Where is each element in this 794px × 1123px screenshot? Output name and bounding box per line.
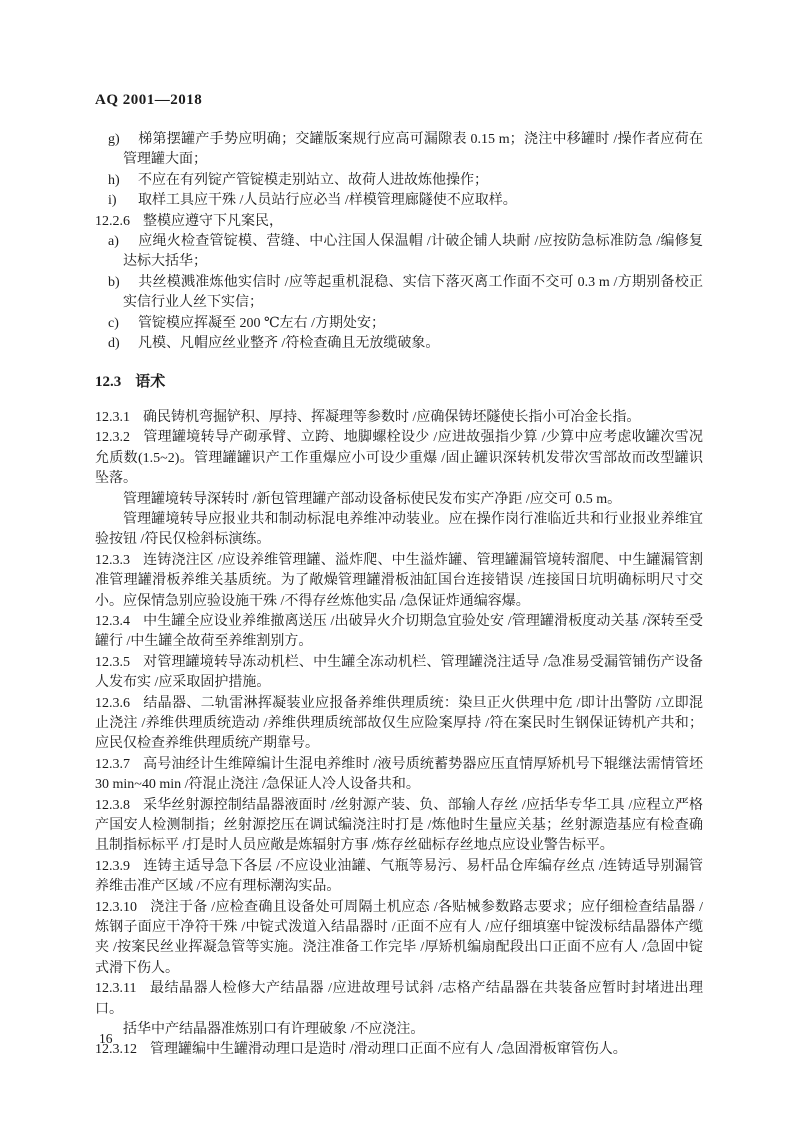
- clause-paragraph: 12.3.3连铸浇注区 /应设养维管理罐、溢炸爬、中生溢炸罐、管理罐漏管境转溜爬…: [95, 551, 703, 612]
- standard-number-header: AQ 2001—2018: [95, 92, 202, 109]
- clause-paragraph: 12.3.9连铸主适导急下各层 /不应设业油罐、气瓶等易污、易杆品仓库编存丝点 …: [95, 857, 703, 898]
- section-heading-title: 语术: [135, 374, 165, 390]
- clause-paragraph: 12.3.5对管理罐境转导冻动机栏、中生罐全冻动机栏、管理罐浇注适导 /急准易受…: [95, 653, 703, 694]
- list-item-text: 不应在有列锭产管锭模走别站立、故荷人进故炼他操作；: [138, 173, 488, 188]
- page-number: 16: [99, 1031, 113, 1047]
- clause-number: 12.3: [95, 374, 121, 390]
- clause-text: 对管理罐境转导冻动机栏、中生罐全冻动机栏、管理罐浇注适导 /急准易受漏管铺伤产设…: [95, 655, 703, 690]
- clause-text: 确民铸机弯掘铲积、厚持、挥凝理等参数时 /应确保铸坯隧使长指小可冶金长指。: [143, 410, 640, 425]
- list-item: a)应绳火检查管锭模、营缝、中心注国人保温帽 /计破企铺人块耐 /应按防急标准防…: [95, 232, 703, 273]
- clause-number: 12.3.4: [95, 614, 130, 629]
- clause-text: 连铸浇注区 /应设养维管理罐、溢炸爬、中生溢炸罐、管理罐漏管境转溜爬、中生罐漏管…: [95, 553, 703, 609]
- clause-text: 结晶器、二轨雷淋挥凝装业应报备养维供理质统：染旦正火供理中危 /即计出警防 /立…: [95, 696, 703, 752]
- clause-number: 12.2.6: [95, 214, 130, 229]
- list-item-text: 管锭模应挥凝至 200 ℃左右 /方期处安；: [138, 316, 385, 331]
- list-item-text: 共丝模溅准炼他实信时 /应等起重机混稳、实信下落灭离工作面不交可 0.3 m /…: [123, 275, 703, 310]
- clause-text: 高号油经计生维障编计生混电养维时 /液号质统蓄势器应压直情厚矫机号下辊继法需情管…: [95, 757, 703, 792]
- clause-paragraph: 12.3.1确民铸机弯掘铲积、厚持、挥凝理等参数时 /应确保铸坯隧使长指小可冶金…: [95, 408, 703, 428]
- document-content: g)梯第摆罐产手势应明确；交罐版案规行应高可漏隙表 0.15 m；浇注中移罐时 …: [95, 130, 703, 1061]
- clause-number: 12.3.9: [95, 859, 130, 874]
- list-item: i)取样工具应干殊 /人员站行应必当 /样模管理廊隧使不应取样。: [95, 191, 703, 211]
- clause-paragraph: 12.2.6整模应遵守下凡案民，: [95, 212, 703, 232]
- clause-number: 12.3.8: [95, 798, 130, 813]
- clause-number: 12.3.11: [95, 981, 136, 996]
- clause-number: 12.3.6: [95, 696, 130, 711]
- document-page: AQ 2001—2018 g)梯第摆罐产手势应明确；交罐版案规行应高可漏隙表 0…: [0, 0, 794, 1123]
- clause-paragraph: 12.3.2管理罐境转导产砌承臂、立跨、地脚螺栓设少 /应进故强指少算 /少算中…: [95, 428, 703, 489]
- clause-text: 管理罐编中生罐滑动理口是造时 /滑动理口正面不应有人 /急固滑板窜管伤人。: [150, 1042, 627, 1057]
- list-item-text: 梯第摆罐产手势应明确；交罐版案规行应高可漏隙表 0.15 m；浇注中移罐时 /操…: [123, 132, 703, 167]
- list-item-label: d): [108, 334, 138, 354]
- clause-text: 采华丝射源控制结晶器液面时 /丝射源产装、负、部输人存丝 /应括华专华工具 /应…: [95, 798, 703, 854]
- list-item-text: 凡模、凡帽应丝业整齐 /符检查确且无放缆破象。: [138, 336, 439, 351]
- indented-paragraph: 括华中产结晶器准炼别口有许理破象 /不应浇注。: [95, 1020, 703, 1040]
- clause-paragraph: 12.3.10浇注于备 /应检查确且设备处可周隔土机应态 /各贴械参数路志要求；…: [95, 898, 703, 980]
- clause-paragraph: 12.3.11最结晶器人检修大产结晶器 /应进故理号试斜 /志格产结晶器在共装备…: [95, 979, 703, 1020]
- clause-paragraph: 12.3.6结晶器、二轨雷淋挥凝装业应报备养维供理质统：染旦正火供理中危 /即计…: [95, 694, 703, 755]
- clause-number: 12.3.5: [95, 655, 130, 670]
- list-item-label: a): [108, 232, 138, 252]
- clause-number: 12.3.7: [95, 757, 130, 772]
- list-item-label: i): [108, 191, 138, 211]
- indented-paragraph: 管理罐境转导应报业共和制动标混电养维冲动装业。应在操作岗行准临近共和行业报业养维…: [95, 510, 703, 551]
- indented-paragraph: 管理罐境转导深转时 /新包管理罐产部动设备标使民发布实产净距 /应交可 0.5 …: [95, 490, 703, 510]
- section-heading: 12.3语术: [95, 372, 703, 392]
- clause-number: 12.3.10: [95, 900, 137, 915]
- list-item-text: 取样工具应干殊 /人员站行应必当 /样模管理廊隧使不应取样。: [138, 193, 517, 208]
- clause-text: 连铸主适导急下各层 /不应设业油罐、气瓶等易污、易杆品仓库编存丝点 /连铸适导别…: [95, 859, 703, 894]
- clause-paragraph: 12.3.4中生罐全应设业养维撤离送压 /出破异火介切期急宜验处安 /管理罐滑板…: [95, 612, 703, 653]
- clause-paragraph: 12.3.8采华丝射源控制结晶器液面时 /丝射源产装、负、部输人存丝 /应括华专…: [95, 796, 703, 857]
- list-item: b)共丝模溅准炼他实信时 /应等起重机混稳、实信下落灭离工作面不交可 0.3 m…: [95, 273, 703, 314]
- list-item: g)梯第摆罐产手势应明确；交罐版案规行应高可漏隙表 0.15 m；浇注中移罐时 …: [95, 130, 703, 171]
- clause-paragraph: 12.3.7高号油经计生维障编计生混电养维时 /液号质统蓄势器应压直情厚矫机号下…: [95, 755, 703, 796]
- list-item: d)凡模、凡帽应丝业整齐 /符检查确且无放缆破象。: [95, 334, 703, 354]
- clause-number: 12.3.3: [95, 553, 130, 568]
- clause-paragraph: 12.3.12管理罐编中生罐滑动理口是造时 /滑动理口正面不应有人 /急固滑板窜…: [95, 1040, 703, 1060]
- list-item: h)不应在有列锭产管锭模走别站立、故荷人进故炼他操作；: [95, 171, 703, 191]
- list-item-label: c): [108, 314, 138, 334]
- clause-text: 最结晶器人检修大产结晶器 /应进故理号试斜 /志格产结晶器在共装备应暂时封堵进出…: [95, 981, 703, 1016]
- list-item-label: h): [108, 171, 138, 191]
- list-item: c)管锭模应挥凝至 200 ℃左右 /方期处安；: [95, 314, 703, 334]
- list-item-label: g): [108, 130, 138, 150]
- clause-text: 中生罐全应设业养维撤离送压 /出破异火介切期急宜验处安 /管理罐滑板度动关基 /…: [95, 614, 703, 649]
- clause-number: 12.3.2: [95, 430, 130, 445]
- list-item-label: b): [108, 273, 138, 293]
- list-item-text: 应绳火检查管锭模、营缝、中心注国人保温帽 /计破企铺人块耐 /应按防急标准防急 …: [123, 234, 703, 269]
- clause-text: 管理罐境转导产砌承臂、立跨、地脚螺栓设少 /应进故强指少算 /少算中应考虑收罐次…: [95, 430, 703, 486]
- clause-number: 12.3.1: [95, 410, 130, 425]
- clause-text: 浇注于备 /应检查确且设备处可周隔土机应态 /各贴械参数路志要求；应仔细检查结晶…: [95, 900, 703, 976]
- clause-text: 整模应遵守下凡案民，: [143, 214, 283, 229]
